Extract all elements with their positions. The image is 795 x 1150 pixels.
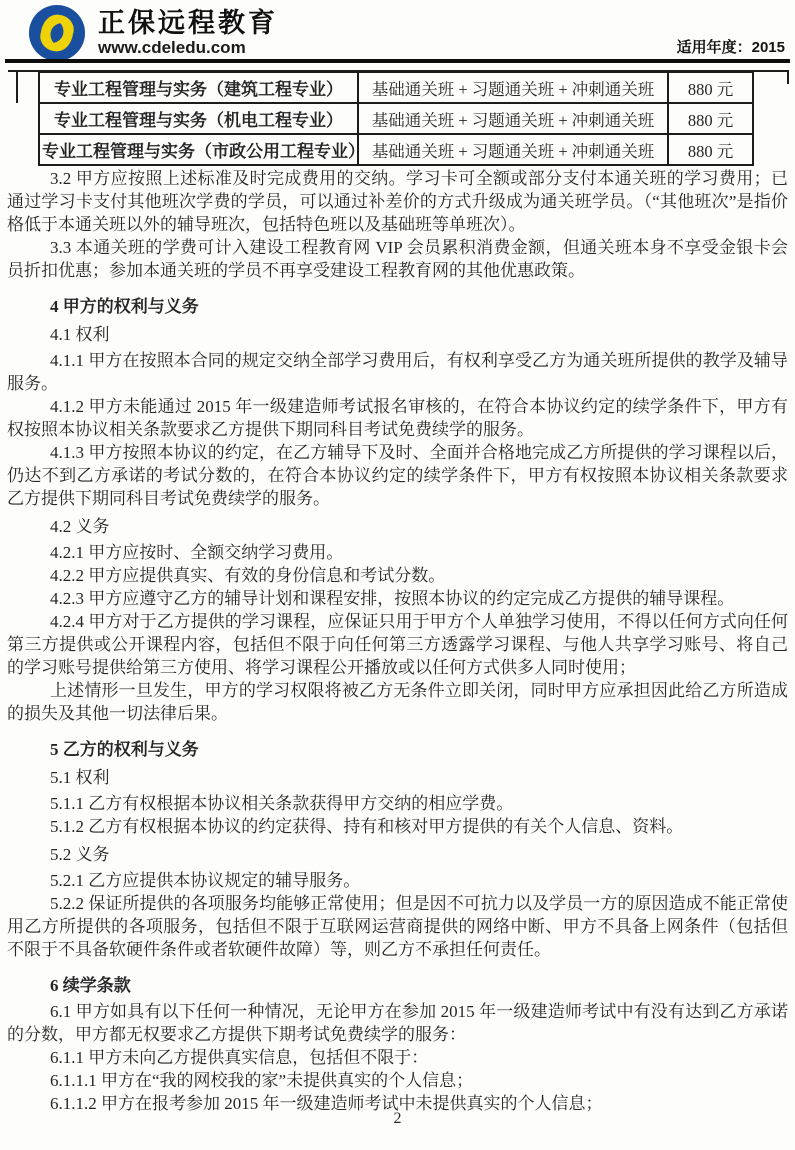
section-4-heading: 4 甲方的权利与义务 [7,295,788,318]
class-package-cell: 基础通关班 + 习题通关班 + 冲刺通关班 [358,134,668,165]
contract-body: 3.2 甲方应按照上述标准及时完成费用的交纳。学习卡可全额或部分支付本通关班的学… [7,167,788,1115]
clause-4-1-heading: 4.1 权利 [7,323,788,346]
class-package-cell: 基础通关班 + 习题通关班 + 冲刺通关班 [358,103,668,134]
clause-4-2-2: 4.2.2 甲方应提供真实、有效的身份信息和考试分数。 [7,564,788,587]
clause-5-1-1: 5.1.1 乙方有权根据本协议相关条款获得甲方交纳的相应学费。 [7,792,788,815]
clause-5-1-heading: 5.1 权利 [7,766,788,789]
class-package-cell: 基础通关班 + 习题通关班 + 冲刺通关班 [358,72,668,103]
clause-4-2-3: 4.2.3 甲方应遵守乙方的辅导计划和课程安排，按照本协议的约定完成乙方提供的辅… [7,587,788,610]
clause-6-1-1: 6.1.1 甲方未向乙方提供真实信息，包括但不限于： [7,1046,788,1069]
page-number: 2 [0,1110,795,1128]
brand-name: 正保远程教育 [98,8,278,38]
course-price-table: 专业工程管理与实务（建筑工程专业） 基础通关班 + 习题通关班 + 冲刺通关班 … [38,71,754,166]
section-6-heading: 6 续学条款 [7,974,788,997]
clause-4-2-4-consequence: 上述情形一旦发生，甲方的学习权限将被乙方无条件立即关闭，同时甲方应承担因此给乙方… [7,679,788,725]
section-5-heading: 5 乙方的权利与义务 [7,738,788,761]
price-cell: 880 元 [668,103,753,134]
table-row: 专业工程管理与实务（机电工程专业） 基础通关班 + 习题通关班 + 冲刺通关班 … [39,103,753,134]
clause-4-2-heading: 4.2 义务 [7,515,788,538]
table-frame-fragment-left [16,70,18,103]
contract-page: 正保远程教育 www.cdeledu.com 适用年度：2015 专业工程管理与… [0,0,795,1150]
table-row: 专业工程管理与实务（市政公用工程专业） 基础通关班 + 习题通关班 + 冲刺通关… [39,134,753,165]
clause-6-1: 6.1 甲方如具有以下任何一种情况，无论甲方在参加 2015 年一级建造师考试中… [7,1000,788,1046]
course-name-cell: 专业工程管理与实务（市政公用工程专业） [39,134,358,165]
clause-5-2-2: 5.2.2 保证所提供的各项服务均能够正常使用；但是因不可抗力以及学员一方的原因… [7,892,788,961]
table-row: 专业工程管理与实务（建筑工程专业） 基础通关班 + 习题通关班 + 冲刺通关班 … [39,72,753,103]
clause-4-1-2: 4.1.2 甲方未能通过 2015 年一级建造师考试报名审核的，在符合本协议约定… [7,395,788,441]
clause-4-1-1: 4.1.1 甲方在按照本合同的规定交纳全部学习费用后，有权利享受乙方为通关班所提… [7,349,788,395]
price-cell: 880 元 [668,72,753,103]
course-name-cell: 专业工程管理与实务（机电工程专业） [39,103,358,134]
clause-5-2-heading: 5.2 义务 [7,843,788,866]
clause-4-2-1: 4.2.1 甲方应按时、全额交纳学习费用。 [7,541,788,564]
table-frame-fragment-right [787,70,789,84]
price-cell: 880 元 [668,134,753,165]
brand-header: 正保远程教育 www.cdeledu.com [28,4,278,62]
clause-5-2-1: 5.2.1 乙方应提供本协议规定的辅导服务。 [7,869,788,892]
brand-url: www.cdeledu.com [98,38,278,58]
clause-3-2: 3.2 甲方应按照上述标准及时完成费用的交纳。学习卡可全额或部分支付本通关班的学… [7,167,788,236]
clause-4-2-4: 4.2.4 甲方对于乙方提供的学习课程，应保证只用于甲方个人单独学习使用，不得以… [7,610,788,679]
header-rule [5,59,790,63]
applicable-year-label: 适用年度：2015 [677,36,785,57]
clause-5-1-2: 5.1.2 乙方有权根据本协议的约定获得、持有和核对甲方提供的有关个人信息、资料… [7,815,788,838]
clause-3-3: 3.3 本通关班的学费可计入建设工程教育网 VIP 会员累积消费金额，但通关班本… [7,236,788,282]
clause-6-1-1-1: 6.1.1.1 甲方在“我的网校我的家”未提供真实的个人信息； [7,1069,788,1092]
course-name-cell: 专业工程管理与实务（建筑工程专业） [39,72,358,103]
brand-logo-icon [28,4,86,62]
clause-4-1-3: 4.1.3 甲方按照本协议的约定，在乙方辅导下及时、全面并合格地完成乙方所提供的… [7,441,788,510]
